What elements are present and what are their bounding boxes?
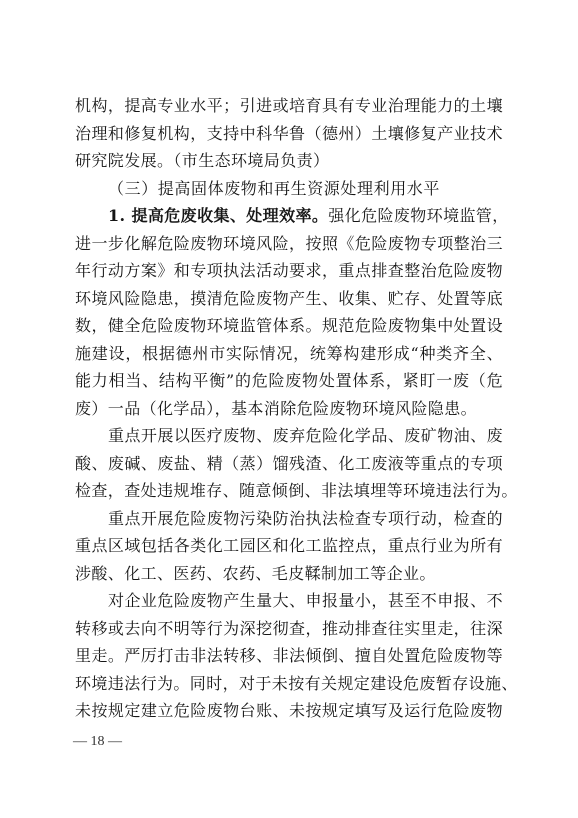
text-line: 转移或去向不明等行为深挖彻查，推动排查往实里走，往深 bbox=[75, 615, 503, 643]
section-heading: （三）提高固体废物和再生资源处理利用水平 bbox=[75, 175, 503, 203]
text-line: 酸、废碱、废盐、精（蒸）馏残渣、化工废液等重点的专项 bbox=[75, 450, 503, 478]
text-line: 环境违法行为。同时，对于未按有关规定建设危废暂存设施、 bbox=[75, 670, 503, 698]
text-line: 环境风险隐患，摸清危险废物产生、收集、贮存、处置等底 bbox=[75, 285, 503, 313]
paragraph-enforcement-action: 重点开展危险废物污染防治执法检查专项行动，检查的 重点区域包括各类化工园区和化工… bbox=[75, 505, 503, 588]
text-line: 数，健全危险废物环境监管体系。规范危险废物集中处置设 bbox=[75, 312, 503, 340]
paragraph-continuation: 机构，提高专业水平；引进或培育具有专业治理能力的土壤 治理和修复机构，支持中科华… bbox=[75, 92, 503, 175]
item-lead-rest: 强化危险废物环境监管， bbox=[328, 206, 508, 225]
text-line: 机构，提高专业水平；引进或培育具有专业治理能力的土壤 bbox=[75, 92, 503, 120]
text-line: 废）一品（化学品），基本消除危险废物环境风险隐患。 bbox=[75, 395, 503, 423]
paragraph-investigation: 对企业危险废物产生量大、申报量小，甚至不申报、不 转移或去向不明等行为深挖彻查，… bbox=[75, 587, 503, 725]
text-line: 里走。严厉打击非法转移、非法倾倒、擅自处置危险废物等 bbox=[75, 642, 503, 670]
page-body: 机构，提高专业水平；引进或培育具有专业治理能力的土壤 治理和修复机构，支持中科华… bbox=[75, 92, 503, 725]
text-line: 年行动方案》和专项执法活动要求，重点排查整治危险废物 bbox=[75, 257, 503, 285]
page-number: — 18 — bbox=[73, 732, 122, 752]
text-line: 重点开展危险废物污染防治执法检查专项行动，检查的 bbox=[75, 505, 503, 533]
paragraph-key-inspection: 重点开展以医疗废物、废弃危险化学品、废矿物油、废 酸、废碱、废盐、精（蒸）馏残渣… bbox=[75, 422, 503, 505]
text-line: 治理和修复机构，支持中科华鲁（德州）土壤修复产业技术 bbox=[75, 120, 503, 148]
text-line: 重点开展以医疗废物、废弃危险化学品、废矿物油、废 bbox=[75, 422, 503, 450]
section-heading-text: （三）提高固体废物和再生资源处理利用水平 bbox=[75, 175, 503, 203]
item-lead-title: 1. 提高危废收集、处理效率。 bbox=[108, 206, 328, 225]
text-line: 涉酸、化工、医药、农药、毛皮鞣制加工等企业。 bbox=[75, 560, 503, 588]
text-line: 重点区域包括各类化工园区和化工监控点，重点行业为所有 bbox=[75, 532, 503, 560]
text-line: 1. 提高危废收集、处理效率。强化危险废物环境监管， bbox=[75, 202, 503, 230]
text-line: 进一步化解危险废物环境风险，按照《危险废物专项整治三 bbox=[75, 230, 503, 258]
text-line: 研究院发展。（市生态环境局负责） bbox=[75, 147, 503, 175]
text-line: 未按规定建立危险废物台账、未按规定填写及运行危险废物 bbox=[75, 697, 503, 725]
text-line: 能力相当、结构平衡”的危险废物处置体系，紧盯一废（危 bbox=[75, 367, 503, 395]
text-line: 对企业危险废物产生量大、申报量小，甚至不申报、不 bbox=[75, 587, 503, 615]
paragraph-item-1: 1. 提高危废收集、处理效率。强化危险废物环境监管， 进一步化解危险废物环境风险… bbox=[75, 202, 503, 422]
text-line: 检查，查处违规堆存、随意倾倒、非法填埋等环境违法行为。 bbox=[75, 477, 503, 505]
text-line: 施建设，根据德州市实际情况，统筹构建形成“种类齐全、 bbox=[75, 340, 503, 368]
